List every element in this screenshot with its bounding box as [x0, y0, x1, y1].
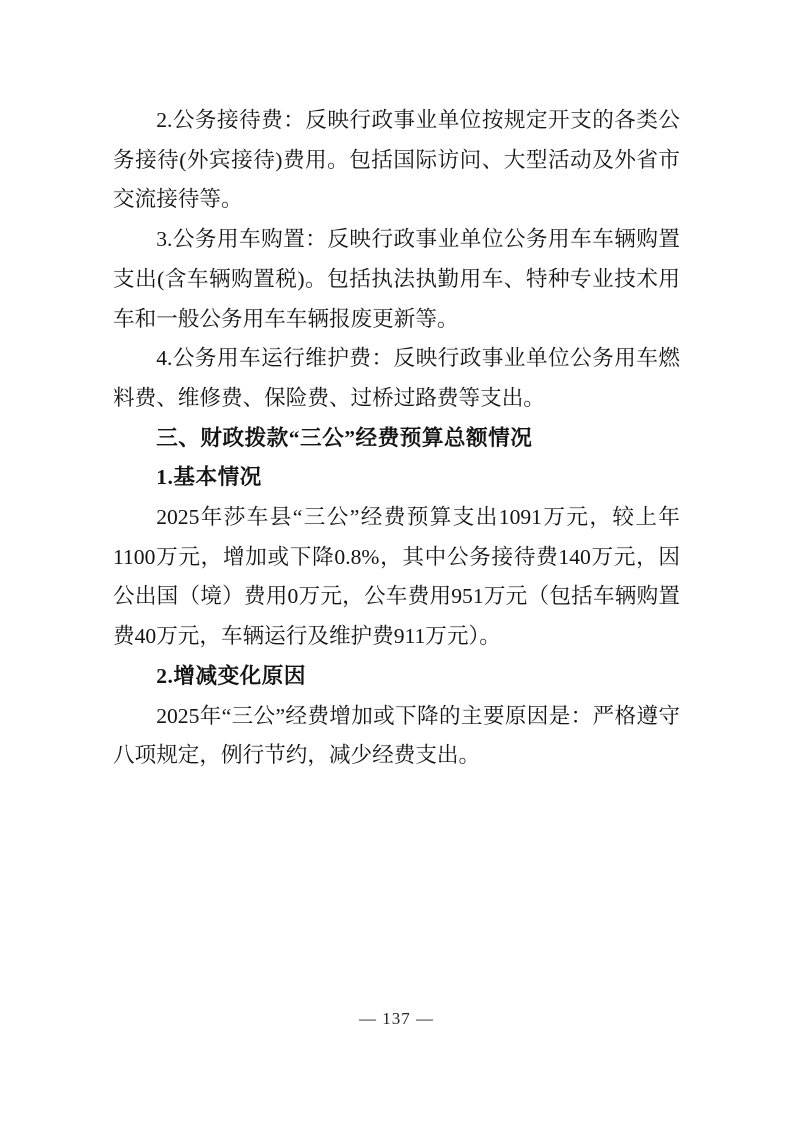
page-number: — 137 — [0, 1007, 793, 1031]
paragraph-vehicle-operation-maintenance: 4.公务用车运行维护费：反映行政事业单位公务用车燃料费、维修费、保险费、过桥过路… [113, 339, 680, 418]
section-heading-three-public-funds-budget: 三、财政拨款“三公”经费预算总额情况 [113, 419, 680, 459]
paragraph-basic-situation-detail: 2025年莎车县“三公”经费预算支出1091万元，较上年1100万元，增加或下降… [113, 498, 680, 657]
subsection-heading-change-reason: 2.增减变化原因 [113, 657, 680, 697]
paragraph-change-reason-detail: 2025年“三公”经费增加或下降的主要原因是：严格遵守八项规定，例行节约，减少经… [113, 697, 680, 776]
paragraph-official-reception-expense: 2.公务接待费：反映行政事业单位按规定开支的各类公务接待(外宾接待)费用。包括国… [113, 101, 680, 220]
document-page: 2.公务接待费：反映行政事业单位按规定开支的各类公务接待(外宾接待)费用。包括国… [0, 0, 793, 1122]
paragraph-official-vehicle-purchase: 3.公务用车购置：反映行政事业单位公务用车车辆购置支出(含车辆购置税)。包括执法… [113, 220, 680, 339]
subsection-heading-basic-situation: 1.基本情况 [113, 458, 680, 498]
document-body: 2.公务接待费：反映行政事业单位按规定开支的各类公务接待(外宾接待)费用。包括国… [113, 101, 680, 776]
